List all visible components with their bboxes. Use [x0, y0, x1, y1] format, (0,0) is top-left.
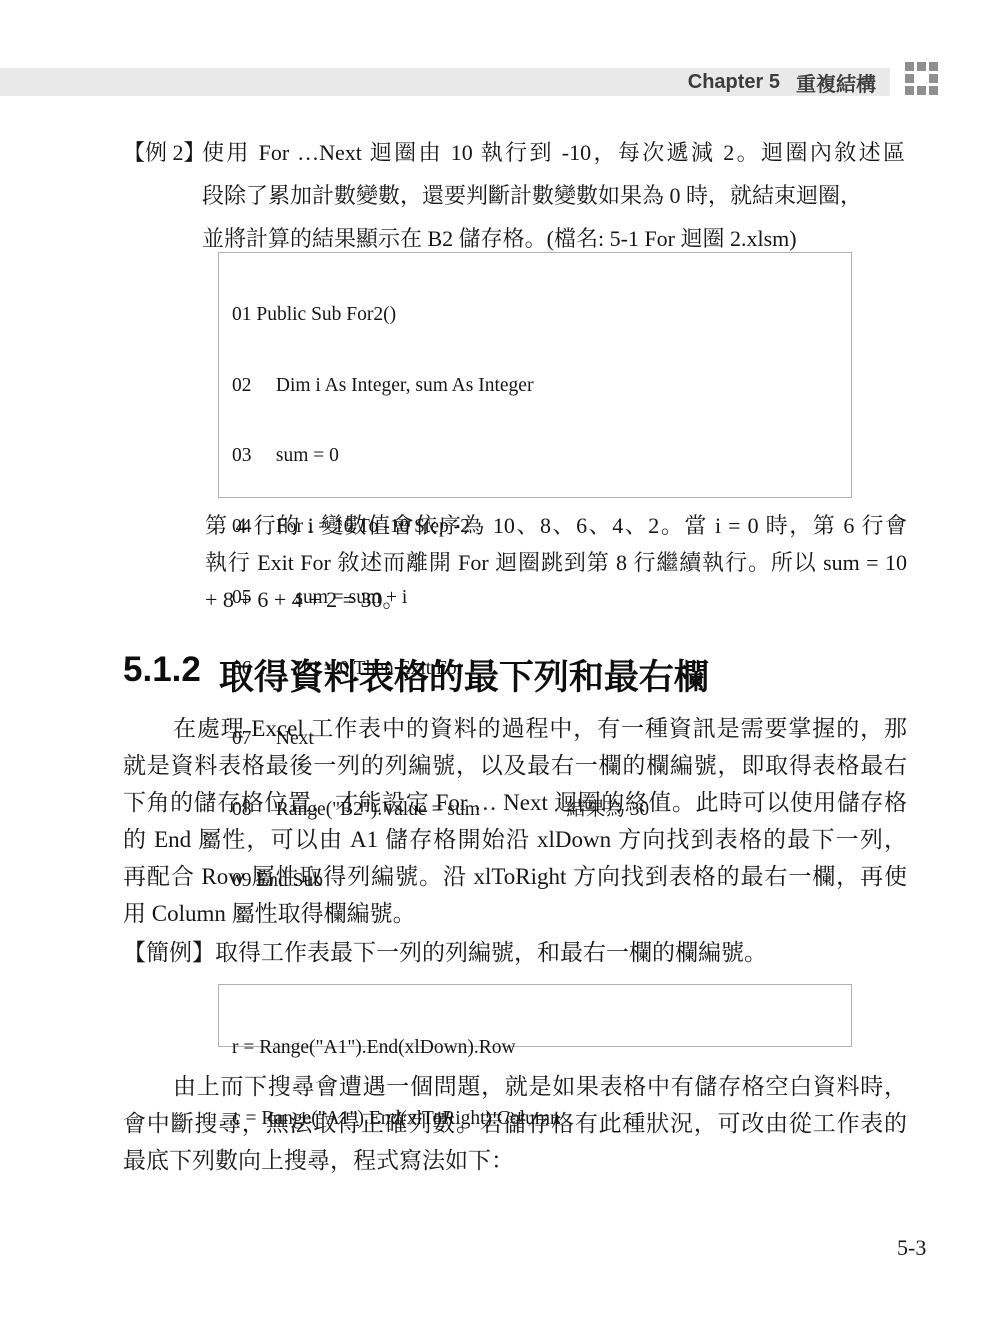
example-2-label: 【例 2】	[123, 131, 206, 174]
explanation-line: 執行 Exit For 敘述而離開 For 迴圈跳到第 8 行繼續執行。所以 s…	[205, 544, 907, 581]
body-line: 下角的儲存格位置，才能設定 For … Next 迴圈的終值。此時可以使用儲存格	[123, 784, 907, 821]
body-line: 再配合 Row 屬性取得列編號。沿 xlToRight 方向找到表格的最右一欄，…	[123, 858, 907, 895]
simple-example-line: 【簡例】取得工作表最下一列的列編號，和最右一欄的欄編號。	[123, 936, 767, 970]
page-number: 5-3	[897, 1235, 926, 1261]
explanation-line: 第 4 行的 i 變數值會依序為 10、8、6、4、2。當 i = 0 時，第 …	[205, 507, 907, 544]
body-line: 由上而下搜尋會遭遇一個問題，就是如果表格中有儲存格空白資料時，	[123, 1068, 907, 1105]
body-line: 的 End 屬性，可以由 A1 儲存格開始沿 xlDown 方向找到表格的最下一…	[123, 821, 907, 858]
example-2-paragraph: 【例 2】 使用 For …Next 迴圈由 10 執行到 -10，每次遞減 2…	[123, 131, 905, 260]
example-2-line: 使用 For …Next 迴圈由 10 執行到 -10，每次遞減 2。迴圈內敘述…	[202, 131, 905, 174]
code-listing-range-end: r = Range("A1").End(xlDown).Row c = Rang…	[218, 984, 852, 1047]
body-paragraph-1: 在處理 Excel 工作表中的資料的過程中，有一種資訊是需要掌握的，那 就是資料…	[123, 710, 907, 932]
chapter-title: 重複結構	[796, 68, 876, 97]
body-paragraph-2: 由上而下搜尋會遭遇一個問題，就是如果表格中有儲存格空白資料時， 會中斷搜尋，無法…	[123, 1068, 907, 1179]
code-line: 02 Dim i As Integer, sum As Integer	[232, 373, 851, 400]
simple-example-label: 【簡例】	[123, 940, 215, 965]
body-line: 就是資料表格最後一列的列編號，以及最右一欄的欄編號，即取得表格最右	[123, 747, 907, 784]
chapter-header-bar: Chapter 5 重複結構	[0, 68, 890, 96]
example-2-explanation: 第 4 行的 i 變數值會依序為 10、8、6、4、2。當 i = 0 時，第 …	[205, 507, 907, 618]
code-line: r = Range("A1").End(xlDown).Row	[232, 1035, 851, 1062]
body-line: 用 Column 屬性取得欄編號。	[123, 895, 907, 932]
code-line: 01 Public Sub For2()	[232, 302, 851, 329]
example-2-line: 段除了累加計數變數，還要判斷計數變數如果為 0 時，就結束迴圈，	[202, 174, 905, 217]
code-line: 03 sum = 0	[232, 443, 851, 470]
code-listing-for2: 01 Public Sub For2() 02 Dim i As Integer…	[218, 252, 852, 498]
simple-example-text: 取得工作表最下一列的列編號，和最右一欄的欄編號。	[215, 940, 767, 965]
section-heading-512: 5.1.2 取得資料表格的最下列和最右欄	[123, 650, 709, 700]
body-line: 最底下列數向上搜尋，程式寫法如下：	[123, 1142, 907, 1179]
explanation-line: + 8 + 6 + 4 + 2 = 30。	[205, 581, 907, 618]
body-line: 在處理 Excel 工作表中的資料的過程中，有一種資訊是需要掌握的，那	[123, 710, 907, 747]
body-line: 會中斷搜尋，無法取得正確列數。若儲存格有此種狀況，可改由從工作表的	[123, 1105, 907, 1142]
chapter-label: Chapter 5	[688, 71, 780, 94]
section-title: 取得資料表格的最下列和最右欄	[219, 650, 709, 700]
grid-ornament-icon	[905, 62, 938, 95]
section-number: 5.1.2	[123, 650, 201, 700]
